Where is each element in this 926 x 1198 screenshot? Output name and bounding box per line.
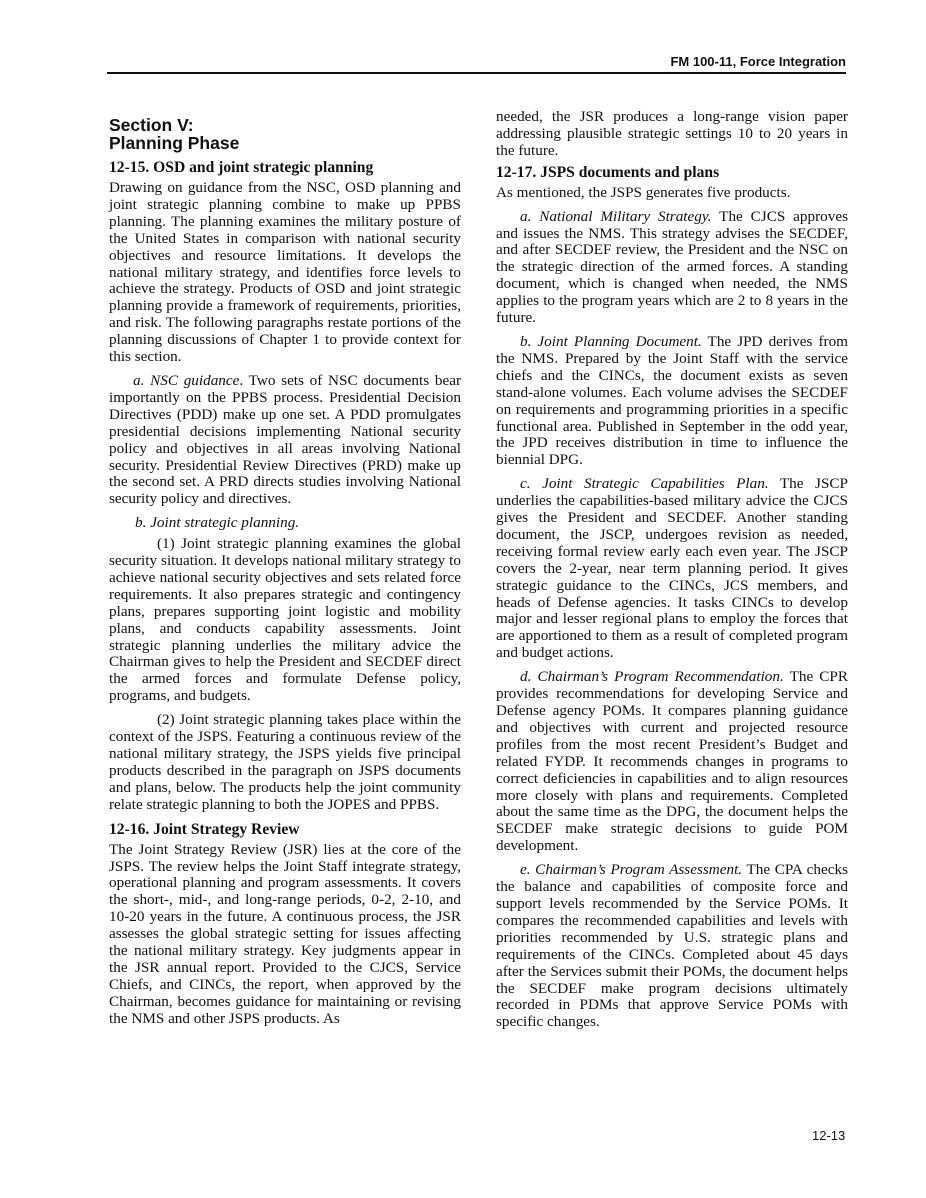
paragraph-cpa: e. Chairman’s Program Assessment. The CP… <box>496 862 848 1031</box>
header-rule <box>107 72 846 74</box>
label-jscp: c. Joint Strategic Capabilities Plan. <box>520 475 769 492</box>
paragraph-12-17-intro: As mentioned, the JSPS generates five pr… <box>496 185 848 202</box>
paragraph-continuation: needed, the JSR produces a long-range vi… <box>496 109 848 160</box>
label-nsc-guidance: a. NSC guidance <box>133 372 239 389</box>
running-header: FM 100-11, Force Integration <box>670 54 846 69</box>
section-title-line2: Planning Phase <box>109 135 461 153</box>
paragraph-12-15-intro: Drawing on guidance from the NSC, OSD pl… <box>109 180 461 366</box>
page-number: 12-13 <box>812 1128 845 1143</box>
paragraph-b2: (2) Joint strategic planning takes place… <box>109 712 461 813</box>
paragraph-b1: (1) Joint strategic planning examines th… <box>109 536 461 705</box>
left-column: Section V: Planning Phase 12-15. OSD and… <box>109 108 461 1028</box>
paragraph-jpd: b. Joint Planning Document. The JPD deri… <box>496 334 848 469</box>
paragraph-nsc-guidance: a. NSC guidance. Two sets of NSC documen… <box>109 373 461 508</box>
label-cpr: d. Chairman’s Program Recommendation. <box>520 668 784 685</box>
text-jscp: The JSCP underlies the capabilities-base… <box>496 475 848 661</box>
heading-12-17: 12-17. JSPS documents and plans <box>496 164 848 181</box>
text-cpr: The CPR provides recommendations for dev… <box>496 668 848 854</box>
section-title: Section V: Planning Phase <box>109 117 461 152</box>
label-joint-strategic-planning-text: b. Joint strategic planning. <box>135 514 299 531</box>
paragraph-jscp: c. Joint Strategic Capabilities Plan. Th… <box>496 476 848 662</box>
paragraph-12-16: The Joint Strategy Review (JSR) lies at … <box>109 842 461 1028</box>
section-title-line1: Section V: <box>109 117 461 135</box>
text-nms: The CJCS approves and issues the NMS. Th… <box>496 208 848 326</box>
right-column: needed, the JSR produces a long-range vi… <box>496 109 848 1038</box>
label-cpa: e. Chairman’s Program Assessment. <box>520 861 742 878</box>
text-cpa: The CPA checks the balance and capabilit… <box>496 861 848 1030</box>
document-page: FM 100-11, Force Integration Section V: … <box>0 0 926 1198</box>
paragraph-cpr: d. Chairman’s Program Recommendation. Th… <box>496 669 848 855</box>
label-joint-strategic-planning: b. Joint strategic planning. <box>109 515 461 532</box>
label-nms: a. National Military Strategy. <box>520 208 712 225</box>
paragraph-nms: a. National Military Strategy. The CJCS … <box>496 209 848 327</box>
heading-12-16: 12-16. Joint Strategy Review <box>109 821 461 838</box>
heading-12-15: 12-15. OSD and joint strategic planning <box>109 159 461 176</box>
label-jpd: b. Joint Planning Document. <box>520 333 702 350</box>
text-jpd: The JPD derives from the NMS. Prepared b… <box>496 333 848 468</box>
text-nsc-guidance: . Two sets of NSC documents bear importa… <box>109 372 461 507</box>
